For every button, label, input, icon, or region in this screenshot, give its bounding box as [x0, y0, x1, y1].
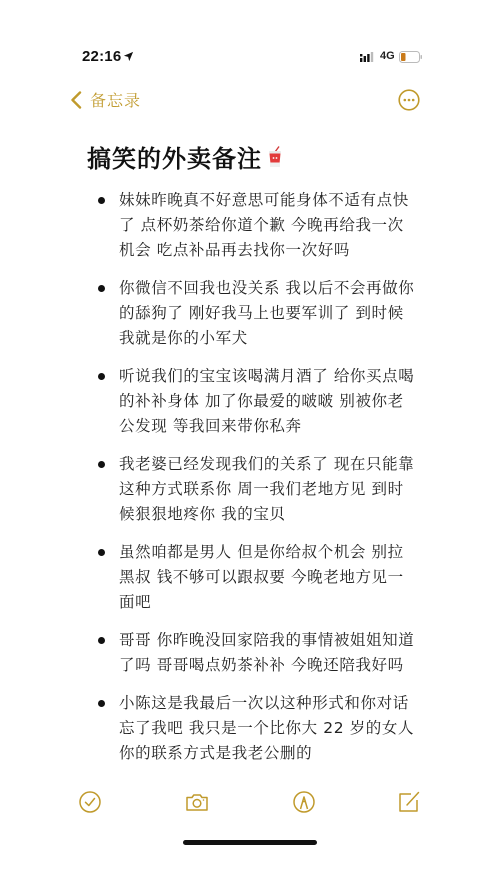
- text-line: 机会 吃点补品再去找你一次好吗: [119, 238, 422, 263]
- text-line: 我就是你的小军犬: [119, 326, 422, 351]
- bottom-toolbar: [0, 790, 500, 816]
- bullet-dot-icon: [98, 373, 105, 380]
- status-time: 22:16: [82, 48, 121, 65]
- text-line: 公发现 等我回来带你私奔: [119, 414, 422, 439]
- cellular-signal-icon: [360, 52, 374, 62]
- note-body[interactable]: 妹妹昨晚真不好意思可能身体不适有点快 了 点杯奶茶给你道个歉 今晚再给我一次 机…: [92, 188, 422, 779]
- bullet-text: 你微信不回我也没关系 我以后不会再做你 的舔狗了 刚好我马上也要军训了 到时候 …: [119, 276, 422, 351]
- text-line: 了吗 哥哥喝点奶茶补补 今晚还陪我好吗: [119, 653, 422, 678]
- location-arrow-icon: [123, 51, 134, 62]
- text-line: 小陈这是我最后一次以这种形式和你对话: [119, 691, 422, 716]
- text-line: 我老婆已经发现我们的关系了 现在只能靠: [119, 452, 422, 477]
- text-line: 候狠狠地疼你 我的宝贝: [119, 502, 422, 527]
- battery-low-icon: [399, 51, 423, 63]
- bullet-text: 妹妹昨晚真不好意思可能身体不适有点快 了 点杯奶茶给你道个歉 今晚再给我一次 机…: [119, 188, 422, 263]
- bullet-item: 哥哥 你昨晚没回家陪我的事情被姐姐知道 了吗 哥哥喝点奶茶补补 今晚还陪我好吗: [92, 628, 422, 678]
- bullet-item: 妹妹昨晚真不好意思可能身体不适有点快 了 点杯奶茶给你道个歉 今晚再给我一次 机…: [92, 188, 422, 263]
- bullet-text: 小陈这是我最后一次以这种形式和你对话 忘了我吧 我只是一个比你大 22 岁的女人…: [119, 691, 422, 766]
- bullet-dot-icon: [98, 549, 105, 556]
- cup-with-straw-icon: [266, 146, 284, 168]
- network-type: 4G: [380, 50, 395, 62]
- bullet-dot-icon: [98, 700, 105, 707]
- text-line: 你的联系方式是我老公删的: [119, 741, 422, 766]
- text-line: 了 点杯奶茶给你道个歉 今晚再给我一次: [119, 213, 422, 238]
- nav-bar: 备忘录: [0, 84, 500, 116]
- bullet-dot-icon: [98, 637, 105, 644]
- bullet-item: 听说我们的宝宝该喝满月酒了 给你买点喝 的补补身体 加了你最爱的啵啵 别被你老 …: [92, 364, 422, 439]
- text-line: 的补补身体 加了你最爱的啵啵 别被你老: [119, 389, 422, 414]
- back-label: 备忘录: [90, 88, 141, 111]
- home-indicator[interactable]: [183, 840, 317, 845]
- note-title-text: 搞笑的外卖备注: [87, 139, 262, 174]
- bullet-item: 虽然咱都是男人 但是你给叔个机会 别拉 黑叔 钱不够可以跟叔要 今晚老地方见一 …: [92, 540, 422, 615]
- chevron-left-icon: [70, 91, 82, 109]
- compose-icon[interactable]: [397, 790, 421, 814]
- bullet-dot-icon: [98, 285, 105, 292]
- bullet-item: 你微信不回我也没关系 我以后不会再做你 的舔狗了 刚好我马上也要军训了 到时候 …: [92, 276, 422, 351]
- text-line: 忘了我吧 我只是一个比你大 22 岁的女人: [119, 716, 422, 741]
- text-line: 的舔狗了 刚好我马上也要军训了 到时候: [119, 301, 422, 326]
- bullet-text: 我老婆已经发现我们的关系了 现在只能靠 这种方式联系你 周一我们老地方见 到时 …: [119, 452, 422, 527]
- back-button[interactable]: 备忘录: [70, 88, 141, 111]
- bullet-text: 虽然咱都是男人 但是你给叔个机会 别拉 黑叔 钱不够可以跟叔要 今晚老地方见一 …: [119, 540, 422, 615]
- text-line: 面吧: [119, 590, 422, 615]
- text-line: 这种方式联系你 周一我们老地方见 到时: [119, 477, 422, 502]
- text-line: 虽然咱都是男人 但是你给叔个机会 别拉: [119, 540, 422, 565]
- bullet-text: 听说我们的宝宝该喝满月酒了 给你买点喝 的补补身体 加了你最爱的啵啵 别被你老 …: [119, 364, 422, 439]
- status-bar: 22:16 4G: [0, 48, 500, 68]
- text-line: 你微信不回我也没关系 我以后不会再做你: [119, 276, 422, 301]
- camera-icon[interactable]: [185, 790, 209, 814]
- note-title[interactable]: 搞笑的外卖备注: [87, 139, 284, 174]
- checklist-circle-icon[interactable]: [78, 790, 102, 814]
- text-line: 哥哥 你昨晚没回家陪我的事情被姐姐知道: [119, 628, 422, 653]
- bullet-dot-icon: [98, 461, 105, 468]
- bullet-item: 小陈这是我最后一次以这种形式和你对话 忘了我吧 我只是一个比你大 22 岁的女人…: [92, 691, 422, 766]
- text-line: 听说我们的宝宝该喝满月酒了 给你买点喝: [119, 364, 422, 389]
- bullet-item: 我老婆已经发现我们的关系了 现在只能靠 这种方式联系你 周一我们老地方见 到时 …: [92, 452, 422, 527]
- bullet-text: 哥哥 你昨晚没回家陪我的事情被姐姐知道 了吗 哥哥喝点奶茶补补 今晚还陪我好吗: [119, 628, 422, 678]
- text-line: 妹妹昨晚真不好意思可能身体不适有点快: [119, 188, 422, 213]
- ellipsis-circle-icon[interactable]: [398, 89, 420, 111]
- text-line: 黑叔 钱不够可以跟叔要 今晚老地方见一: [119, 565, 422, 590]
- bullet-dot-icon: [98, 197, 105, 204]
- markup-pen-icon[interactable]: [292, 790, 316, 814]
